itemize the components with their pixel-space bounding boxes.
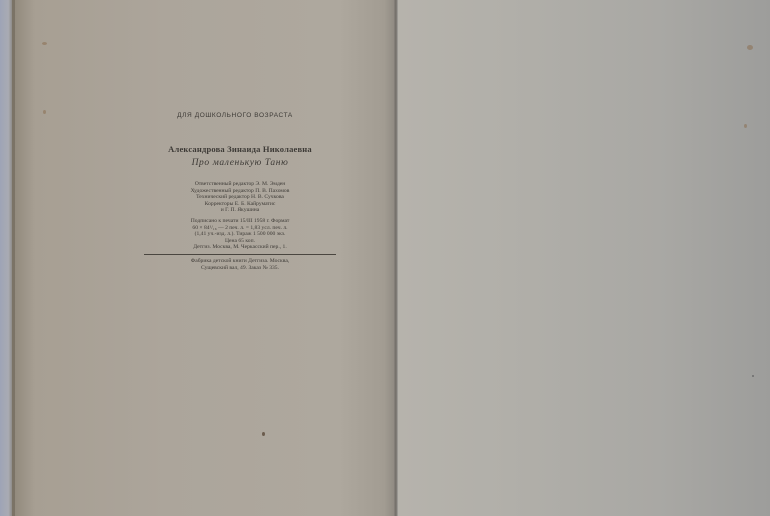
- credit-line: Ответственный редактор Э. М. Эмден: [140, 181, 340, 188]
- colophon-block: ДЛЯ ДОШКОЛЬНОГО ВОЗРАСТА Александрова Зи…: [140, 110, 340, 271]
- credit-line: Корректоры Е. Б. Кайруматис: [140, 201, 340, 208]
- paper-stain: [747, 45, 753, 50]
- printer-line: Фабрика детской книги Детгиза. Москва,: [146, 258, 334, 265]
- paper-stain: [43, 110, 46, 114]
- book-title: Про маленькую Таню: [140, 158, 340, 168]
- credit-line: и Г. П. Якушина: [140, 207, 340, 214]
- right-page: [398, 0, 770, 516]
- credit-line: Технический редактор Н. В. Сучкова: [140, 194, 340, 201]
- imprint-line: (1,41 уч.-изд. л.). Тираж 1 500 000 экз.: [146, 231, 334, 238]
- paper-stain: [262, 432, 265, 436]
- imprint-line: Подписано к печати 15/III 1958 г. Формат: [146, 218, 334, 225]
- series-label: ДЛЯ ДОШКОЛЬНОГО ВОЗРАСТА: [130, 112, 340, 119]
- author-name: Александрова Зинаида Николаевна: [140, 144, 340, 154]
- printer-details: Фабрика детской книги Детгиза. Москва, С…: [140, 258, 340, 271]
- divider-rule: [144, 254, 336, 255]
- imprint-details: Подписано к печати 15/III 1958 г. Формат…: [140, 218, 340, 251]
- paper-stain: [744, 124, 747, 128]
- paper-stain: [752, 375, 754, 377]
- printer-line: Сущевский вал, 49. Заказ № 335.: [146, 265, 334, 272]
- publisher-line: Детгиз. Москва, М. Черкасский пер., 1.: [146, 244, 334, 251]
- credits-list: Ответственный редактор Э. М. Эмден Худож…: [140, 181, 340, 214]
- paper-stain: [42, 42, 47, 45]
